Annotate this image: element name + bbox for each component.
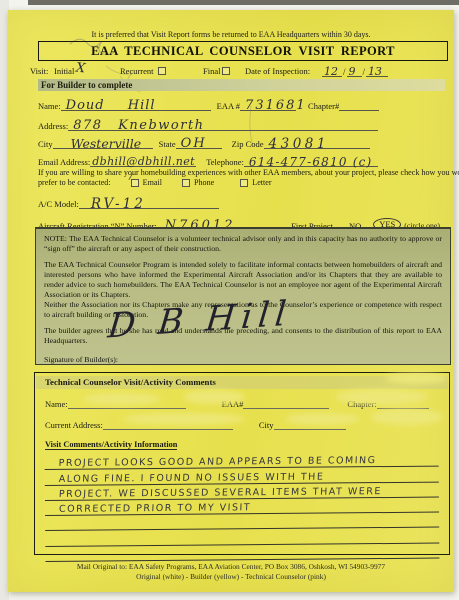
- date-year-field: 13: [366, 65, 388, 77]
- city-label: City: [38, 139, 53, 149]
- name-label: Name:: [38, 101, 61, 111]
- zip-field: 43081: [264, 137, 370, 149]
- eaa-number-field: 731681: [240, 99, 296, 111]
- email-row: Email Address: dbhill@dbhill.net Telepho…: [38, 154, 440, 167]
- visit-recurrent-label: Recurrent: [120, 66, 154, 76]
- zip-value: 43081: [269, 138, 329, 150]
- visit-final-label: Final: [203, 66, 220, 76]
- counselor-disclaimer-box: NOTE: The EAA Technical Counselor is a v…: [35, 227, 451, 365]
- share-contact-row: prefer to be contacted: /Email Phone Let…: [38, 178, 442, 188]
- state-value: OH: [181, 138, 207, 150]
- ac-model-value: RV-12: [91, 198, 146, 210]
- email-label: Email Address:: [38, 157, 90, 167]
- counselor-city-label: City: [259, 420, 274, 430]
- name-row: Name: Doud Hill EAA # 731681 Chapter#: [38, 98, 440, 111]
- footer-copies-line: Original (white) - Builder (yellow) - Te…: [8, 572, 454, 581]
- counselor-section-heading: Technical Counselor Visit/Activity Comme…: [45, 377, 439, 387]
- visit-label: Visit:: [30, 66, 48, 76]
- visit-recurrent-checkbox: [158, 67, 166, 75]
- counselor-current-address-label: Current Address:: [45, 420, 103, 430]
- comment-line: [45, 543, 439, 562]
- comment-text: CORRECTED PRIOR TO MY VISIT: [59, 502, 252, 515]
- ac-model-row: A/C Model: RV-12: [38, 196, 440, 209]
- date-day: 9: [349, 66, 356, 78]
- contact-letter-label: Letter: [252, 178, 271, 187]
- counselor-name-label: Name:: [45, 399, 68, 409]
- eaa-number-label: EAA #: [217, 101, 240, 111]
- whiteout-smudge: [183, 390, 245, 404]
- address-row: Address: 878 Knebworth: [38, 118, 440, 131]
- contact-phone-checkbox: [182, 178, 190, 188]
- visit-initial-label: Initial: [54, 66, 74, 76]
- date-separator: /: [343, 67, 346, 77]
- state-label: State: [159, 139, 176, 149]
- visit-type-row: Visit: Initial X Recurrent Final Date of…: [8, 64, 454, 80]
- return-note: It is preferred that Visit Report forms …: [8, 30, 454, 39]
- counselor-comments-box: Technical Counselor Visit/Activity Comme…: [34, 372, 450, 555]
- chapter-label: Chapter#: [308, 101, 339, 111]
- name-value: Doud Hill: [66, 100, 156, 112]
- whiteout-smudge: [285, 413, 360, 425]
- form-title: EAA TECHNICAL COUNSELOR VISIT REPORT: [91, 44, 395, 59]
- disclaimer-paragraph-2: The EAA Technical Counselor Program is i…: [44, 260, 442, 300]
- contact-email-checkbox: /: [131, 178, 139, 188]
- comment-text: ALONG FINE. I FOUND NO ISSUES WITH THE: [59, 471, 325, 484]
- email-field: dbhill@dbhill.net: [90, 155, 196, 167]
- eaa-number-value: 731681: [245, 100, 307, 112]
- inspection-date-value: 12/9/13: [322, 65, 388, 77]
- signature-label: Signature of Builder(s):: [44, 355, 118, 365]
- visit-report-form-paper: It is preferred that Visit Report forms …: [8, 10, 454, 592]
- state-field: OH: [176, 137, 222, 149]
- share-note-line1: If you are willing to share your homebui…: [38, 168, 442, 178]
- address-field: 878 Knebworth: [68, 119, 378, 131]
- builder-section-heading: For Builder to complete: [38, 79, 445, 91]
- whiteout-smudge: [83, 393, 161, 405]
- telephone-value: 614-477-6810 (c): [249, 156, 373, 168]
- whiteout-smudge: [123, 413, 245, 425]
- ac-model-label: A/C Model:: [38, 199, 79, 209]
- address-value: 878 Knebworth: [73, 120, 204, 132]
- visit-final-checkbox: [222, 67, 230, 75]
- city-value: Westerville: [71, 138, 142, 150]
- contact-email-label: Email: [143, 178, 162, 187]
- comment-lines: PROJECT LOOKS GOOD AND APPEARS TO BE COM…: [45, 452, 440, 563]
- contact-letter-checkbox: [240, 178, 248, 188]
- name-field: Doud Hill: [61, 99, 211, 111]
- ac-model-field: RV-12: [79, 197, 219, 209]
- share-note-line2: prefer to be contacted:: [38, 178, 111, 187]
- date-month: 12: [324, 66, 338, 78]
- inspection-date-label: Date of Inspection:: [245, 66, 310, 76]
- signature-field: [122, 353, 390, 365]
- signature-row: Signature of Builder(s):: [44, 353, 442, 365]
- zip-label: Zip Code: [232, 139, 264, 149]
- date-day-field: 9: [347, 65, 362, 77]
- date-month-field: 12: [322, 65, 342, 77]
- date-separator: /: [363, 67, 366, 77]
- builder-signature: D B Hill: [108, 309, 293, 332]
- email-value: dbhill@dbhill.net: [92, 156, 195, 168]
- footer-mailing-line: Mail Original to: EAA Safety Programs, E…: [8, 562, 454, 571]
- scan-artifact-top-strip: [28, 0, 459, 5]
- date-year: 13: [368, 66, 382, 78]
- visit-comments-label: Visit Comments/Activity Information: [45, 440, 177, 450]
- city-row: City Westerville State OH Zip Code 43081: [38, 136, 440, 149]
- whiteout-smudge: [385, 373, 447, 384]
- chapter-field: [339, 99, 379, 111]
- contact-phone-label: Phone: [194, 178, 214, 187]
- city-field: Westerville: [53, 137, 153, 149]
- form-title-box: EAA TECHNICAL COUNSELOR VISIT REPORT: [38, 41, 448, 61]
- address-label: Address:: [38, 121, 68, 131]
- counselor-eaa-field: [243, 397, 329, 409]
- telephone-label: Telephone:: [206, 157, 244, 167]
- telephone-field: 614-477-6810 (c): [244, 155, 378, 167]
- visit-initial-mark: X: [75, 61, 86, 77]
- disclaimer-paragraph-1: NOTE: The EAA Technical Counselor is a v…: [44, 234, 442, 254]
- whiteout-smudge: [335, 389, 427, 405]
- whiteout-smudge: [371, 409, 443, 425]
